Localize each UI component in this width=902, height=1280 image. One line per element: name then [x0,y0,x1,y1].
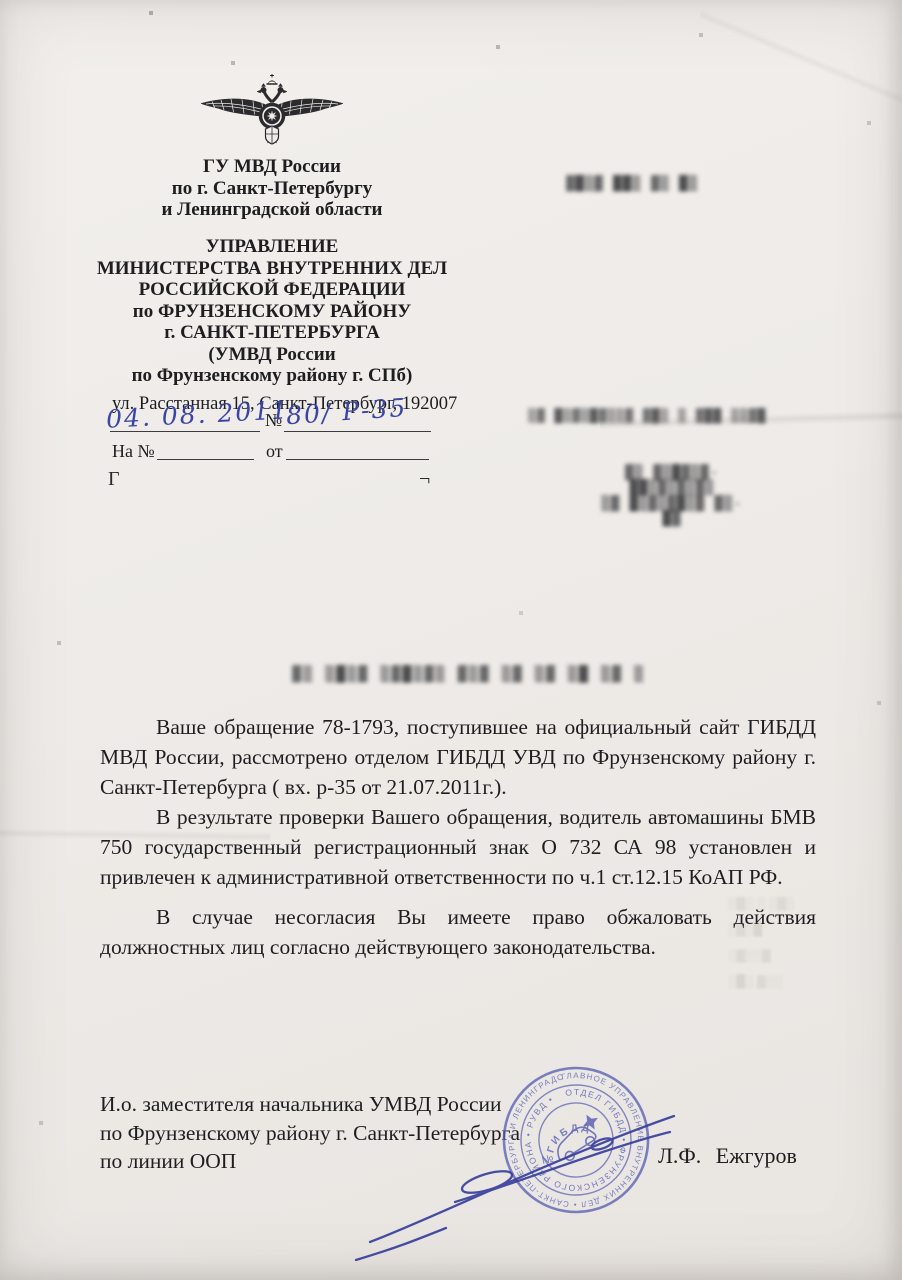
number-underline [284,431,431,432]
org-name-top: ГУ МВД России по г. Санкт-Петербургу и Л… [95,156,449,221]
paper-crease [698,10,902,121]
org-main-line: г. САНКТ-ПЕТЕРБУРГА [95,322,449,344]
recipient-city-redacted: ▓▒ ▓▒█▓▒▓-██▒▓▒▓▒▓▒ ▒▓ █▒▓▒▓█▒▓ ▓▒-█▓ [592,466,752,528]
org-main-line: УПРАВЛЕНИЕ [95,236,449,258]
numero-sign: № [265,410,282,431]
body-paragraph-2: В результате проверки Вашего обращения, … [100,802,816,892]
org-main-line: (УМВД России [95,344,449,366]
scanned-letter-page: ГУ МВД России по г. Санкт-Петербургу и Л… [0,0,902,1280]
recipient-address-redacted: ▒▓ █▒▓▒█▓▒▒▓ ▓█▒ ▒ ▓██ ▒▒▓█ [528,410,766,424]
org-main-line: РОССИЙСКОЙ ФЕДЕРАЦИИ [95,279,449,301]
bleedthrough-line: ▒▓▒ ▒ ▒▓▒ [728,890,840,916]
date-underline [110,431,260,432]
recipient-name-redacted: ▓█▒▓ ██▒ ▓▒ █▒ [566,177,698,192]
body-paragraph-1: Ваше обращение 78-1793, поступившее на о… [100,712,816,802]
org-top-line: по г. Санкт-Петербургу [95,178,449,200]
ink-bleedthrough: ▒▓▒ ▒ ▒▓▒ ▒▓▒█ ▒▓▒▒▓ ▒█▒ ▓▒▒ [728,890,840,994]
address-corner-mark-right: ¬ [419,468,430,491]
org-main-line: по Фрунзенскому району г. СПб) [95,365,449,387]
mvd-eagle-emblem [197,70,347,165]
org-top-line: и Ленинградской области [95,199,449,221]
scan-specks [0,0,2,2]
org-main-line: по ФРУНЗЕНСКОМУ РАЙОНУ [95,301,449,323]
letter-body: Ваше обращение 78-1793, поступившее на о… [100,712,816,962]
bleedthrough-line: ▒█▒ ▓▒▒ [728,968,840,994]
org-name-main: УПРАВЛЕНИЕ МИНИСТЕРСТВА ВНУТРЕННИХ ДЕЛ Р… [95,236,449,387]
address-corner-mark-left: Г [108,468,120,491]
handwritten-signature [350,1090,690,1270]
recipient-street-line: ▒▓ █▒▓▒▓█▒▓ ▓▒-█▓ [592,497,752,528]
bleedthrough-line: ▒▓▒▒▓ [728,942,840,968]
recipient-city-line: ▓▒ ▓▒█▓▒▓-██▒▓▒▓▒▓▒ [592,466,752,497]
body-paragraph-3: В случае несогласия Вы имеете право обжа… [100,902,816,962]
salutation-redacted: ▓▒ ▒█▒▓ ▒▓█▒▓▒ ▓▒▓ ▒▓ ▒▓ ▒█ ▒▓ ▒ [292,666,645,683]
reply-from-underline [286,459,429,460]
reply-no-underline [157,459,254,460]
reply-no-label: На № [112,441,155,462]
org-main-line: МИНИСТЕРСТВА ВНУТРЕННИХ ДЕЛ [95,258,449,280]
org-top-line: ГУ МВД России [95,156,449,178]
bleedthrough-line: ▒▓▒█ [728,916,840,942]
reply-from-label: от [266,441,283,462]
